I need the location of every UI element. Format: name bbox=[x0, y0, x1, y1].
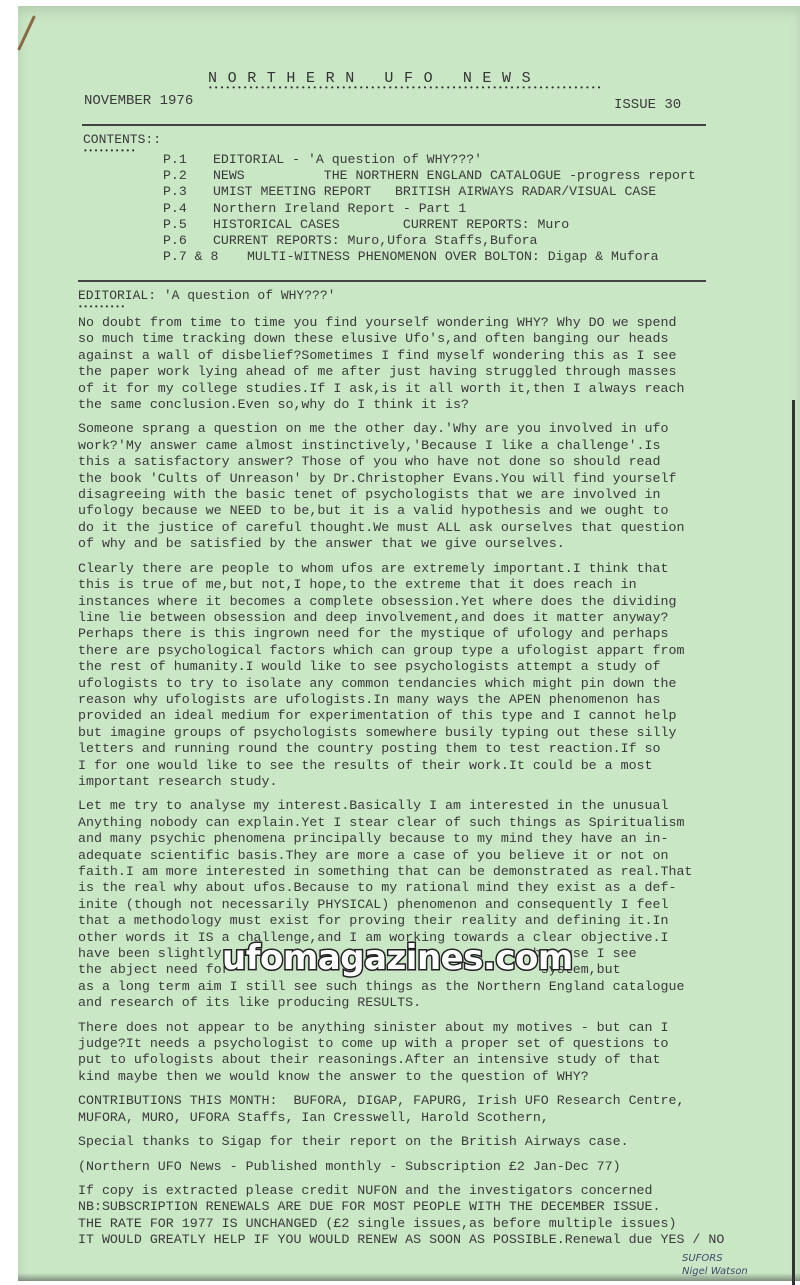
toc-title: NEWS THE NORTHERN ENGLAND CATALOGUE -pro… bbox=[213, 168, 696, 184]
editorial-body: No doubt from time to time you find your… bbox=[78, 315, 728, 1257]
text-line: If copy is extracted please credit NUFON… bbox=[78, 1183, 728, 1199]
toc-page-number: P.4 bbox=[163, 201, 213, 217]
text-line: MUFORA, MURO, UFORA Staffs, Ian Cresswel… bbox=[78, 1110, 728, 1126]
text-line: the same conclusion.Even so,why do I thi… bbox=[78, 397, 728, 413]
handwritten-line: SUFORS bbox=[682, 1252, 748, 1265]
toc-page-number: P.5 bbox=[163, 217, 213, 233]
text-line: inite (though not necessarily PHYSICAL) … bbox=[78, 897, 728, 913]
text-line: IT WOULD GREATLY HELP IF YOU WOULD RENEW… bbox=[78, 1232, 728, 1248]
text-line: reason why ufologists are ufologists.In … bbox=[78, 692, 728, 708]
text-line: There does not appear to be anything sin… bbox=[78, 1020, 728, 1036]
text-line: the book 'Cults of Unreason' by Dr.Chris… bbox=[78, 471, 728, 487]
contents-rule bbox=[78, 280, 706, 282]
text-line: faith.I am more interested in something … bbox=[78, 864, 728, 880]
handwritten-note: SUFORSNigel Watson bbox=[682, 1252, 748, 1278]
text-line: but imagine groups of psychologists some… bbox=[78, 725, 728, 741]
text-line: as a long term aim I still see such thin… bbox=[78, 979, 728, 995]
toc-title: UMIST MEETING REPORT BRITISH AIRWAYS RAD… bbox=[213, 184, 656, 200]
toc-item: P.1EDITORIAL - 'A question of WHY???' bbox=[163, 152, 696, 168]
text-line: letters and running round the country po… bbox=[78, 741, 728, 757]
text-line: that a methodology must exist for provin… bbox=[78, 913, 728, 929]
toc-title: MULTI-WITNESS PHENOMENON OVER BOLTON: Di… bbox=[247, 249, 659, 265]
text-line: NB:SUBSCRIPTION RENEWALS ARE DUE FOR MOS… bbox=[78, 1199, 728, 1215]
text-line: there are psychological factors which ca… bbox=[78, 643, 728, 659]
editorial-paragraph: Let me try to analyse my interest.Basica… bbox=[78, 798, 728, 1011]
text-line: so much time tracking down these elusive… bbox=[78, 331, 728, 347]
text-line: I for one would like to see the results … bbox=[78, 758, 728, 774]
text-line: THE RATE FOR 1977 IS UNCHANGED (£2 singl… bbox=[78, 1216, 728, 1232]
contents-underline-dots: •••••••••• bbox=[83, 147, 136, 156]
toc-item: P.5HISTORICAL CASES CURRENT REPORTS: Mur… bbox=[163, 217, 696, 233]
text-line: ufology because we NEED to be,but it is … bbox=[78, 503, 728, 519]
toc-item: P.7 & 8MULTI-WITNESS PHENOMENON OVER BOL… bbox=[163, 249, 696, 265]
toc-title: CURRENT REPORTS: Muro,Ufora Staffs,Bufor… bbox=[213, 233, 537, 249]
renewal-notice: If copy is extracted please credit NUFON… bbox=[78, 1183, 728, 1249]
special-thanks: Special thanks to Sigap for their report… bbox=[78, 1134, 728, 1150]
publication-info: (Northern UFO News - Published monthly -… bbox=[78, 1159, 728, 1175]
text-line: adequate scientific basis.They are more … bbox=[78, 848, 728, 864]
text-line: the paper work lying ahead of me after j… bbox=[78, 364, 728, 380]
text-line: line lie between obsession and deep invo… bbox=[78, 610, 728, 626]
toc-page-number: P.6 bbox=[163, 233, 213, 249]
text-line: Someone sprang a question on me the othe… bbox=[78, 421, 728, 437]
toc-page-number: P.2 bbox=[163, 168, 213, 184]
editorial-heading: EDITORIAL: 'A question of WHY???' bbox=[78, 288, 335, 303]
text-line: of it for my college studies.If I ask,is… bbox=[78, 381, 728, 397]
text-line: (Northern UFO News - Published monthly -… bbox=[78, 1159, 728, 1175]
text-line: disagreeing with the basic tenet of psyc… bbox=[78, 487, 728, 503]
editorial-paragraph: There does not appear to be anything sin… bbox=[78, 1020, 728, 1086]
text-line: Clearly there are people to whom ufos ar… bbox=[78, 561, 728, 577]
page-edge bbox=[792, 400, 795, 1285]
text-line: instances where it becomes a complete ob… bbox=[78, 594, 728, 610]
text-line: work?'My answer came almost instinctivel… bbox=[78, 438, 728, 454]
toc-title: Northern Ireland Report - Part 1 bbox=[213, 201, 466, 217]
toc-item: P.6CURRENT REPORTS: Muro,Ufora Staffs,Bu… bbox=[163, 233, 696, 249]
masthead-underline-dots: ••••••••••••••••••••••••••••••••••••••••… bbox=[208, 84, 600, 93]
toc-item: P.2NEWS THE NORTHERN ENGLAND CATALOGUE -… bbox=[163, 168, 696, 184]
text-line: judge?It needs a psychologist to come up… bbox=[78, 1036, 728, 1052]
text-line: against a wall of disbelief?Sometimes I … bbox=[78, 348, 728, 364]
text-line: the rest of humanity.I would like to see… bbox=[78, 659, 728, 675]
text-line: important research study. bbox=[78, 774, 728, 790]
toc-page-number: P.3 bbox=[163, 184, 213, 200]
text-line: Anything nobody can explain.Yet I stear … bbox=[78, 815, 728, 831]
text-line: put to ufologists about their reasonings… bbox=[78, 1052, 728, 1068]
text-line: Perhaps there is this ingrown need for t… bbox=[78, 626, 728, 642]
toc-item: P.4Northern Ireland Report - Part 1 bbox=[163, 201, 696, 217]
contributions-list: CONTRIBUTIONS THIS MONTH: BUFORA, DIGAP,… bbox=[78, 1093, 728, 1126]
text-line: is the real why about ufos.Because to my… bbox=[78, 880, 728, 896]
editorial-paragraph: Someone sprang a question on me the othe… bbox=[78, 421, 728, 552]
contents-heading: CONTENTS:: bbox=[83, 132, 161, 147]
text-line: No doubt from time to time you find your… bbox=[78, 315, 728, 331]
text-line: and research of its like producing RESUL… bbox=[78, 995, 728, 1011]
text-line: provided an ideal medium for experimenta… bbox=[78, 708, 728, 724]
text-line: kind maybe then we would know the answer… bbox=[78, 1069, 728, 1085]
handwritten-line: Nigel Watson bbox=[682, 1265, 748, 1278]
header-rule bbox=[82, 124, 706, 126]
toc-title: HISTORICAL CASES CURRENT REPORTS: Muro bbox=[213, 217, 569, 233]
toc-title: EDITORIAL - 'A question of WHY???' bbox=[213, 152, 482, 168]
text-line: CONTRIBUTIONS THIS MONTH: BUFORA, DIGAP,… bbox=[78, 1093, 728, 1109]
text-line: Special thanks to Sigap for their report… bbox=[78, 1134, 728, 1150]
text-line: do it the justice of careful thought.We … bbox=[78, 520, 728, 536]
text-line: this is true of me,but not,I hope,to the… bbox=[78, 577, 728, 593]
toc-page-number: P.7 & 8 bbox=[163, 249, 247, 265]
editorial-paragraph: No doubt from time to time you find your… bbox=[78, 315, 728, 413]
issue-number: ISSUE 30 bbox=[614, 97, 681, 113]
editorial-paragraph: Clearly there are people to whom ufos ar… bbox=[78, 561, 728, 791]
issue-date: NOVEMBER 1976 bbox=[84, 93, 193, 109]
editorial-underline-dots: ••••••••• bbox=[78, 303, 126, 312]
toc-page-number: P.1 bbox=[163, 152, 213, 168]
text-line: of why and be satisfied by the answer th… bbox=[78, 536, 728, 552]
toc-item: P.3UMIST MEETING REPORT BRITISH AIRWAYS … bbox=[163, 184, 696, 200]
text-line: this a satisfactory answer? Those of you… bbox=[78, 454, 728, 470]
text-line: and many psychic phenomena principally b… bbox=[78, 831, 728, 847]
text-line: ufologists to try to isolate any common … bbox=[78, 676, 728, 692]
table-of-contents: P.1EDITORIAL - 'A question of WHY???'P.2… bbox=[163, 152, 696, 265]
text-line: Let me try to analyse my interest.Basica… bbox=[78, 798, 728, 814]
watermark: ufomagazines.com bbox=[222, 938, 573, 978]
